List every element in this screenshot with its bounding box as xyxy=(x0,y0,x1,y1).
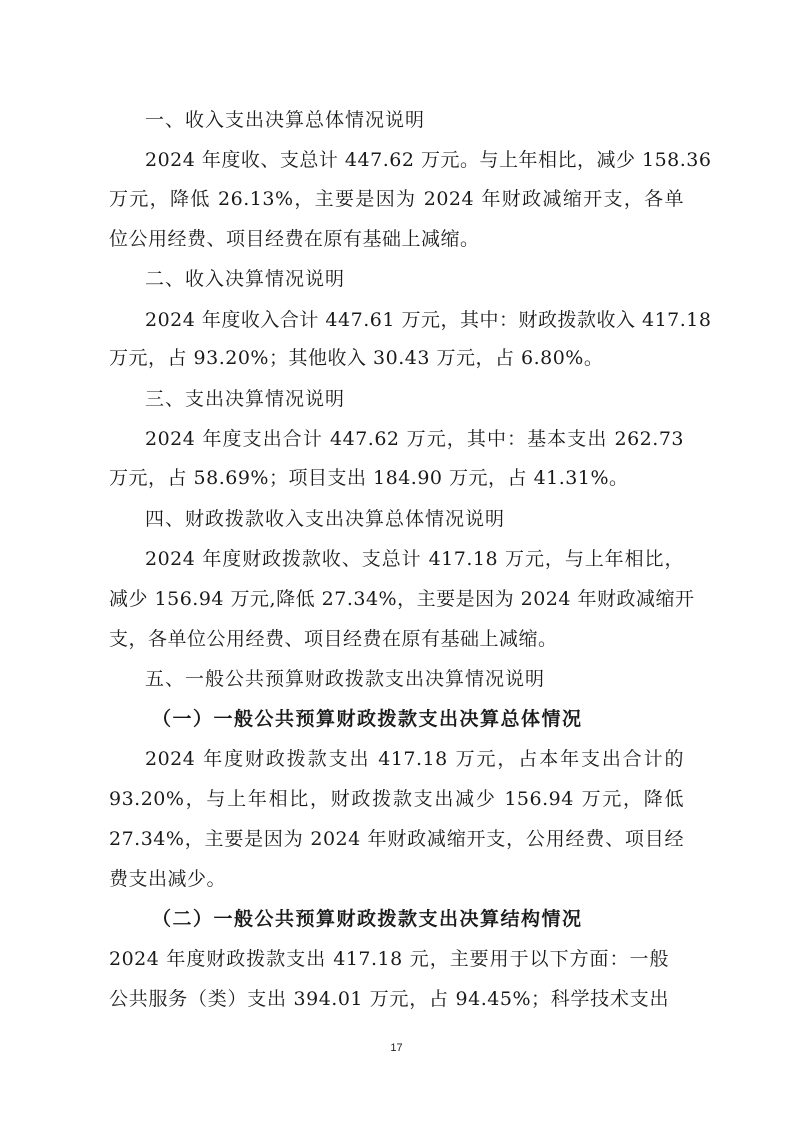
section-heading-1: 一、收入支出决算总体情况说明 xyxy=(145,108,720,132)
section-heading-2: 二、收入决算情况说明 xyxy=(145,267,720,291)
section-heading-4: 四、财政拨款收入支出决算总体情况说明 xyxy=(145,507,720,531)
paragraph-line: 万元，占 93.20%；其他收入 30.43 万元，占 6.80%。 xyxy=(109,346,684,370)
paragraph-line: 2024 年度财政拨款支出 417.18 万元，占本年支出合计的 xyxy=(145,747,684,771)
paragraph-line: 2024 年度支出合计 447.62 万元，其中：基本支出 262.73 xyxy=(145,427,684,451)
paragraph-line: 2024 年度财政拨款支出 417.18 元，主要用于以下方面：一般 xyxy=(109,947,669,971)
paragraph-line: 2024 年度收、支总计 447.62 万元。与上年相比，减少 158.36 xyxy=(145,148,684,172)
paragraph-line: 万元，占 58.69%；项目支出 184.90 万元，占 41.31%。 xyxy=(109,466,684,490)
section-heading-5: 五、一般公共预算财政拨款支出决算情况说明 xyxy=(145,667,720,691)
paragraph-line: 万元，降低 26.13%，主要是因为 2024 年财政减缩开支，各单 xyxy=(109,187,684,211)
paragraph-line: 支，各单位公用经费、项目经费在原有基础上减缩。 xyxy=(109,627,684,651)
paragraph-line: 2024 年度收入合计 447.61 万元，其中：财政拨款收入 417.18 xyxy=(145,308,684,332)
subsection-heading-2: （二）一般公共预算财政拨款支出决算结构情况 xyxy=(152,907,727,931)
section-heading-3: 三、支出决算情况说明 xyxy=(145,387,720,411)
paragraph-line: 27.34%，主要是因为 2024 年财政减缩开支，公用经费、项目经 xyxy=(109,827,684,851)
subsection-heading-1: （一）一般公共预算财政拨款支出决算总体情况 xyxy=(152,707,727,731)
paragraph-line: 2024 年度财政拨款收、支总计 417.18 万元，与上年相比， xyxy=(145,547,684,571)
paragraph-line: 减少 156.94 万元,降低 27.34%，主要是因为 2024 年财政减缩开 xyxy=(109,587,684,611)
paragraph-line: 93.20%，与上年相比，财政拨款支出减少 156.94 万元，降低 xyxy=(109,787,684,811)
page-number: 17 xyxy=(0,1042,793,1054)
paragraph-line: 位公用经费、项目经费在原有基础上减缩。 xyxy=(109,227,684,251)
paragraph-line: 公共服务（类）支出 394.01 万元，占 94.45%；科学技术支出 xyxy=(109,987,669,1011)
paragraph-line: 费支出减少。 xyxy=(109,867,684,891)
